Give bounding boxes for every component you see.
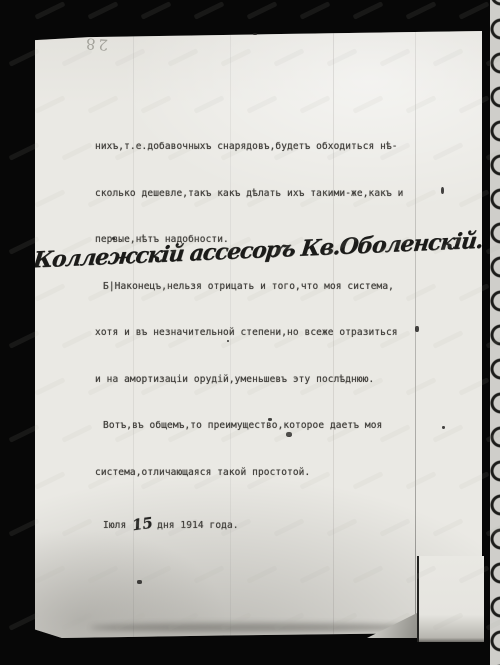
dust-speck xyxy=(441,187,444,194)
dust-speck xyxy=(442,426,445,429)
watermark-streak xyxy=(141,1,172,20)
text-line: и на амортизаціи орудій,уменьшевъ эту по… xyxy=(95,372,403,388)
text-line: нихъ,т.е.добавочныхъ снарядовъ,будетъ об… xyxy=(95,139,403,155)
text-line: Вотъ,въ общемъ,то преимущество,которое д… xyxy=(95,418,403,434)
date-suffix: дня 1914 года. xyxy=(157,520,238,531)
dust-speck xyxy=(227,340,229,342)
watermark-streak xyxy=(9,518,40,537)
watermark-streak xyxy=(9,424,40,443)
watermark-streak xyxy=(9,330,40,349)
handwritten-day: 15 xyxy=(131,516,154,534)
text-line: хотя и въ незначительной степени,но всеж… xyxy=(95,325,403,341)
typewritten-text: нихъ,т.е.добавочныхъ снарядовъ,будетъ об… xyxy=(95,108,403,563)
dust-speck xyxy=(112,237,115,240)
watermark-streak xyxy=(9,236,40,255)
dust-speck xyxy=(286,432,292,437)
paper-crease xyxy=(415,31,416,638)
watermark-streak xyxy=(406,1,437,20)
watermark-streak xyxy=(300,1,331,20)
scan-smudge xyxy=(90,623,420,632)
dust-speck xyxy=(415,326,419,332)
watermark-streak xyxy=(194,1,225,20)
text-line: сколько дешевле,такъ какъ дѣлать ихъ так… xyxy=(95,186,403,202)
date-line: Іюля15дня 1914 года. xyxy=(95,516,403,532)
dust-speck xyxy=(137,580,142,584)
film-edge-perforations-icon xyxy=(490,0,500,665)
watermark-streak xyxy=(88,1,119,20)
watermark-streak xyxy=(9,48,40,67)
text-line: Б|Наконецъ,нельзя отрицать и того,что мо… xyxy=(95,279,403,295)
watermark-streak xyxy=(247,1,278,20)
watermark-streak xyxy=(9,142,40,161)
dust-speck xyxy=(268,418,272,421)
document-page: 28 нихъ,т.е.добавочныхъ снарядовъ,будетъ… xyxy=(35,31,482,638)
date-prefix: Іюля xyxy=(103,520,126,531)
watermark-streak xyxy=(353,1,384,20)
text-line: система,отличающаяся такой простотой. xyxy=(95,465,403,481)
page-number-stamp: 28 xyxy=(82,34,108,54)
watermark-streak xyxy=(9,612,40,631)
watermark-streak xyxy=(459,1,490,20)
underlying-sheet-corner xyxy=(417,556,484,642)
dust-speck xyxy=(253,33,257,35)
film-scan-stage: 28 нихъ,т.е.добавочныхъ снарядовъ,будетъ… xyxy=(0,0,500,665)
watermark-streak xyxy=(35,1,66,20)
